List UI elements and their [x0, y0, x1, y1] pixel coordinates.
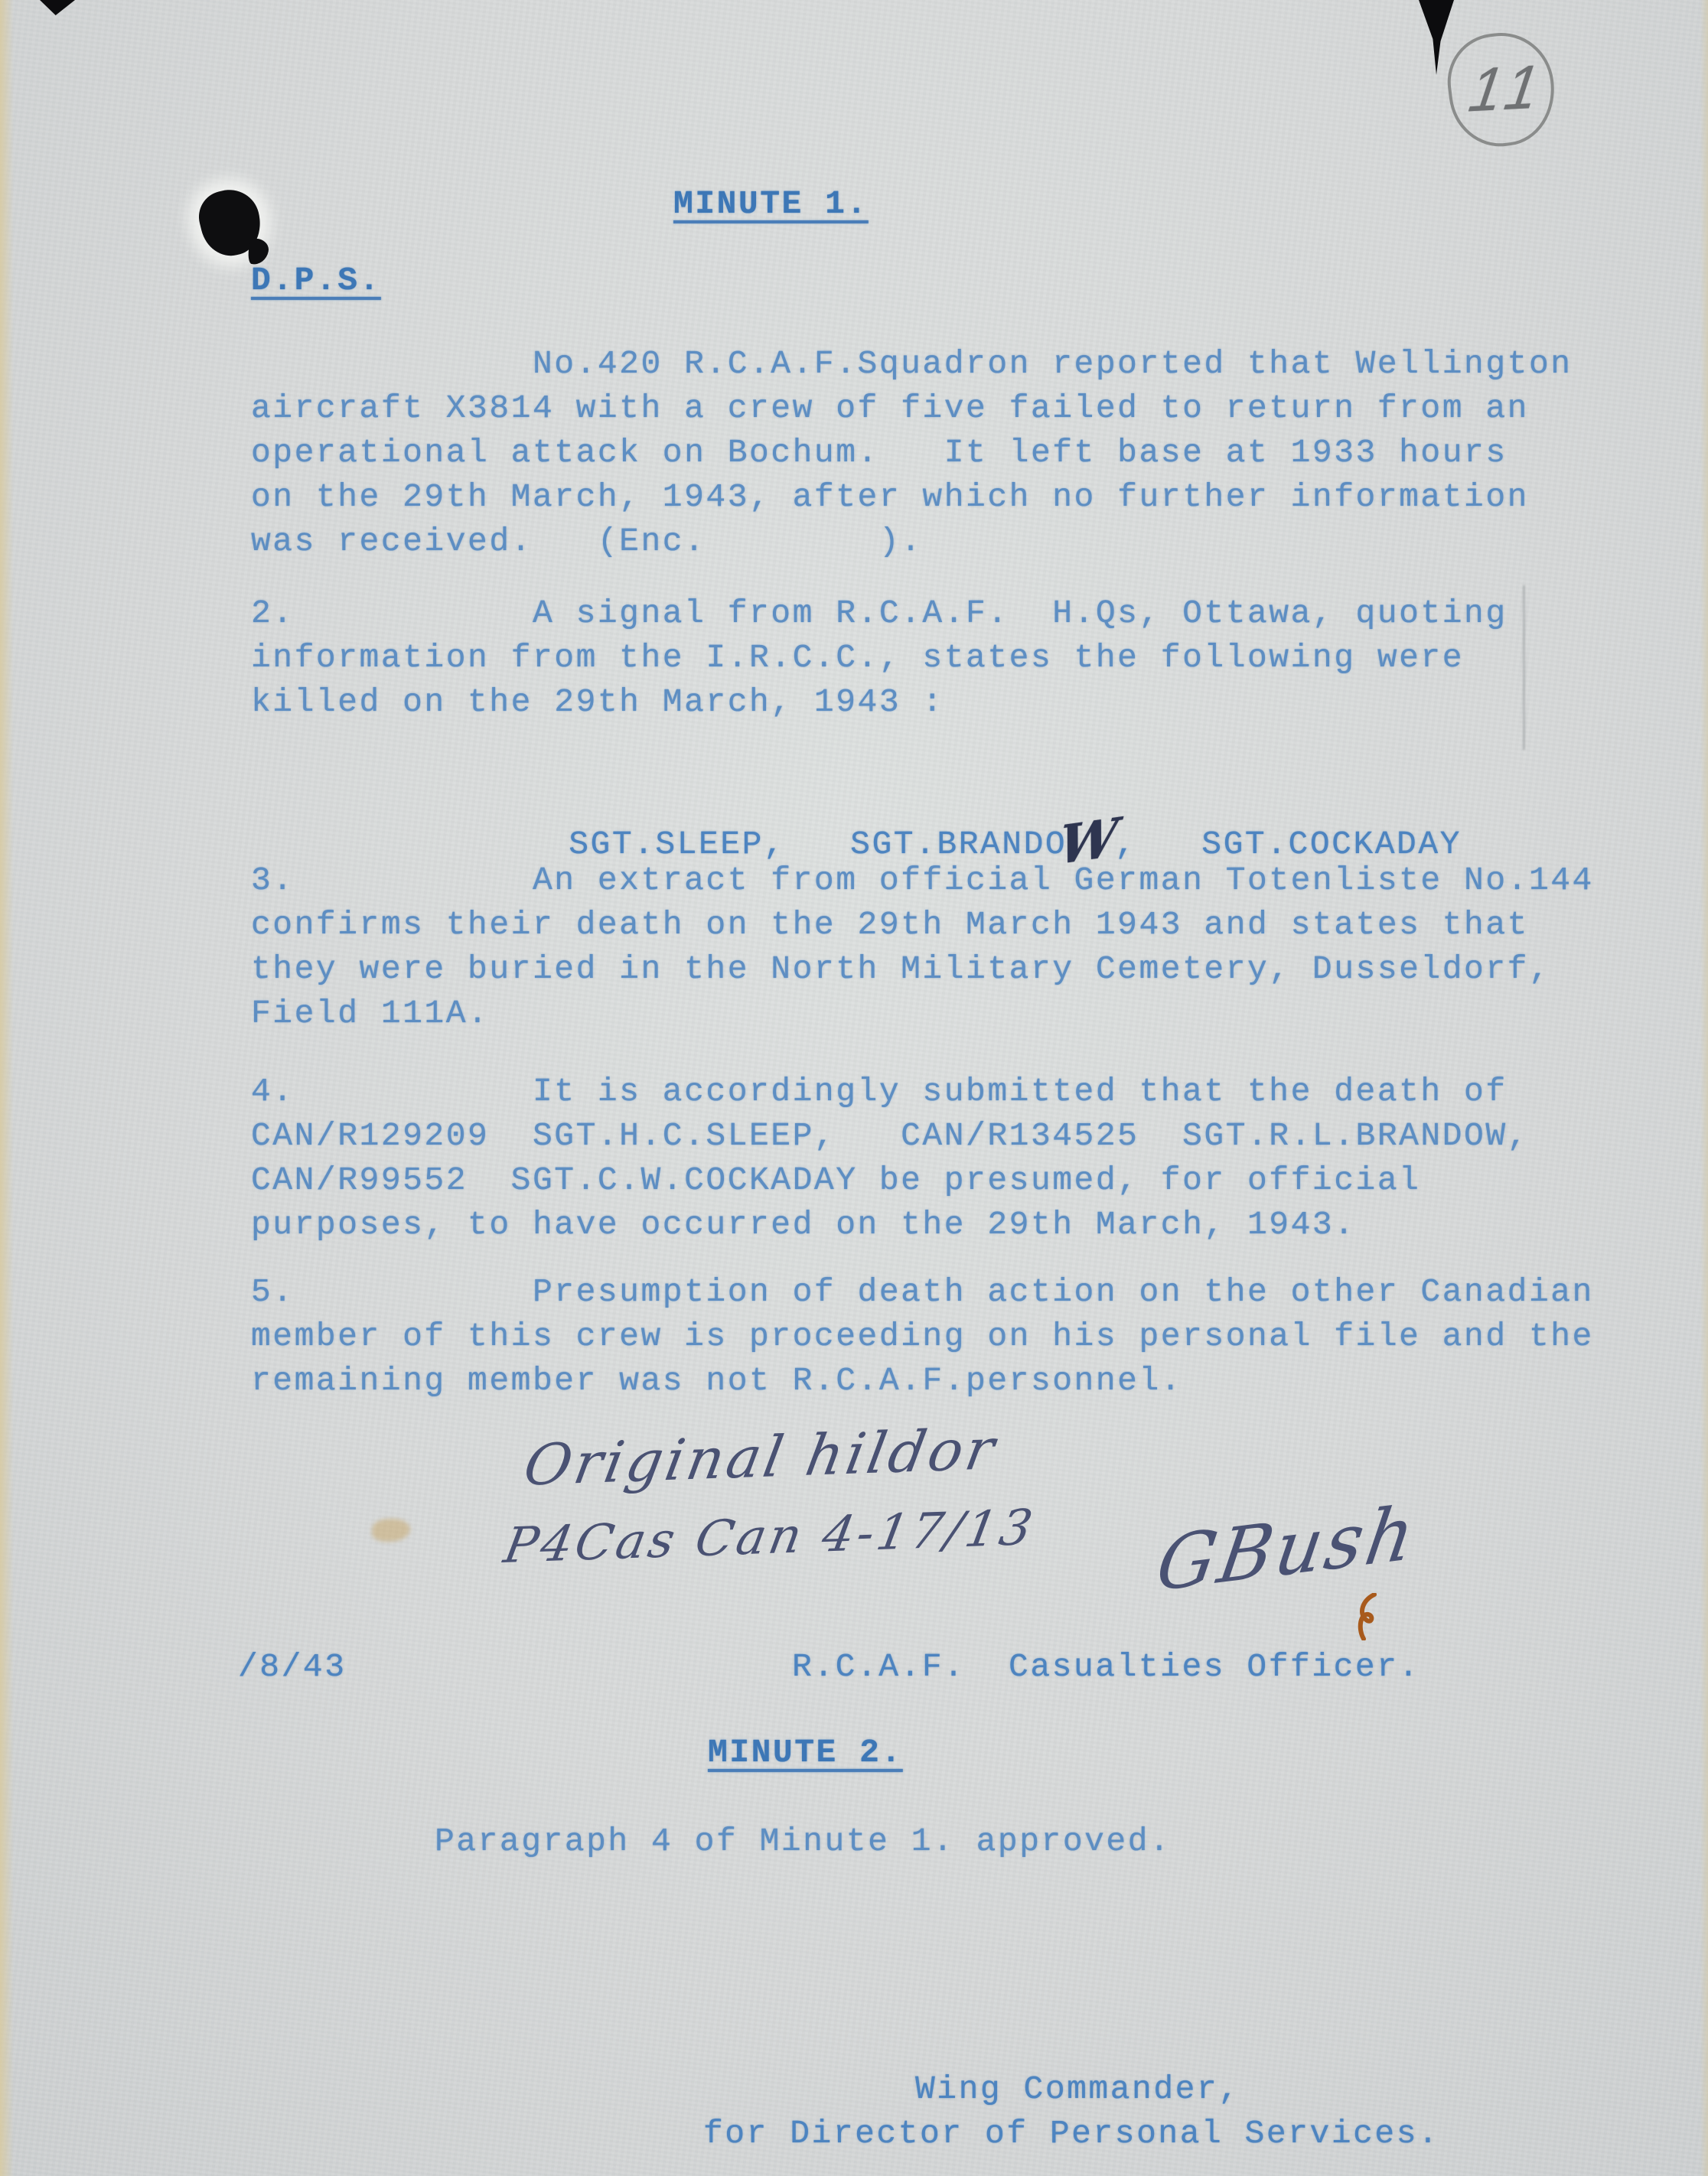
approval-line: Paragraph 4 of Minute 1. approved.	[435, 1819, 1171, 1864]
paragraph-2: 2. A signal from R.C.A.F. H.Qs, Ottawa, …	[251, 591, 1508, 725]
scan-edge-right	[1700, 0, 1708, 2176]
scan-edge-left	[0, 0, 14, 2176]
scanned-document-page: 11 MINUTE 1. D.P.S. No.420 R.C.A.F.Squad…	[0, 0, 1708, 2176]
addressee-line: D.P.S.	[251, 259, 381, 303]
minute1-heading: MINUTE 1.	[673, 182, 869, 226]
page-number-circle: 11	[1442, 27, 1560, 152]
paragraph-1: No.420 R.C.A.F.Squadron reported that We…	[251, 342, 1573, 564]
minute2-heading: MINUTE 2.	[708, 1731, 903, 1775]
corner-tear-mark	[40, 0, 75, 15]
signoff-rank: Wing Commander,	[915, 2067, 1240, 2112]
handwritten-note-line1: Original hildor	[519, 1416, 1002, 1498]
top-edge-ink-mark	[1419, 0, 1454, 75]
handwritten-signature: GBush	[1151, 1489, 1423, 1609]
paragraph-3: 3. An extract from official German Toten…	[251, 858, 1594, 1036]
paragraph-5: 5. Presumption of death action on the ot…	[251, 1270, 1594, 1403]
names-after: , SGT.COCKADAY	[1115, 826, 1462, 863]
ink-blot-hole	[194, 184, 267, 262]
handwritten-note-line2: P4Cas Can 4-17/13	[500, 1500, 1039, 1575]
rust-ink-stain	[1351, 1593, 1387, 1644]
paragraph-4: 4. It is accordingly submitted that the …	[251, 1070, 1529, 1247]
signoff-for-director: for Director of Personal Services.	[703, 2112, 1439, 2156]
names-before: SGT.SLEEP, SGT.BRANDO	[569, 826, 1067, 863]
date-fragment: /8/43	[238, 1645, 347, 1689]
page-number: 11	[1459, 50, 1559, 126]
paper-stain	[372, 1519, 410, 1542]
paper-crease	[1523, 585, 1525, 750]
casualties-officer-title: R.C.A.F. Casualties Officer.	[792, 1645, 1420, 1689]
